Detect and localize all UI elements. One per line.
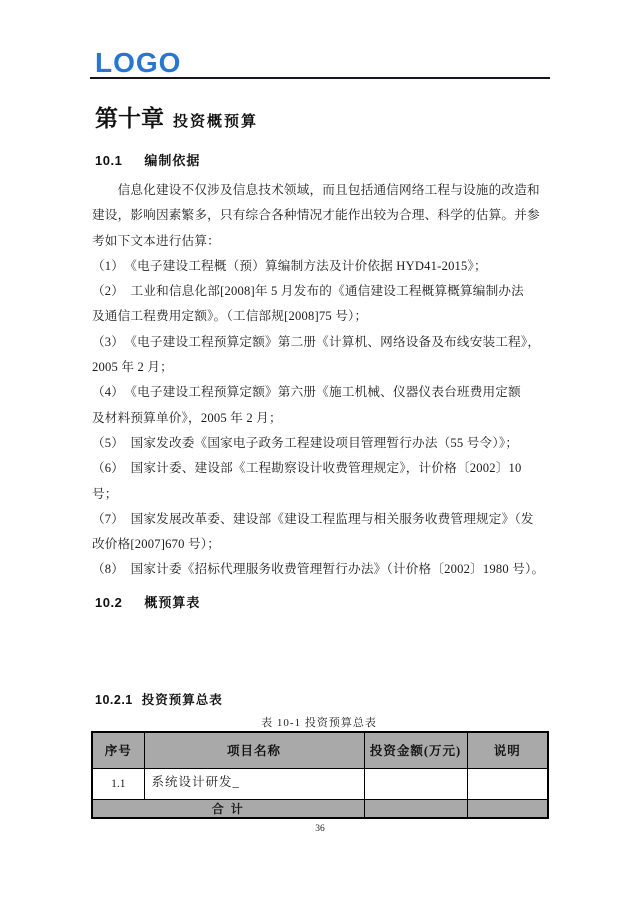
body-text-block: 信息化建设不仅涉及信息技术领域，而且包括通信网络工程与设施的改造和 建设，影响因… — [92, 178, 562, 583]
body-line: 考如下文本进行估算： — [92, 229, 562, 254]
section-heading-10-1: 10.1 编制依据 — [95, 150, 200, 169]
page-number: 36 — [0, 824, 640, 834]
total-note-cell — [467, 799, 548, 818]
section-title: 投资预算总表 — [142, 690, 223, 708]
cell-project-name: 系统设计研发_ — [144, 768, 364, 799]
chapter-title: 投资概预算 — [173, 110, 258, 131]
total-amount-cell — [364, 799, 467, 818]
chapter-heading: 第十章 投资概预算 — [95, 100, 258, 133]
cell-note — [467, 768, 548, 799]
body-line: 信息化建设不仅涉及信息技术领域，而且包括通信网络工程与设施的改造和 — [92, 178, 562, 203]
section-number: 10.2 — [95, 595, 122, 610]
body-line: （8） 国家计委《招标代理服务收费管理暂行办法》（计价格〔2002〕1980 号… — [92, 557, 562, 582]
section-title: 编制依据 — [144, 150, 200, 169]
col-header-amount: 投资金额(万元) — [364, 732, 467, 768]
section-title: 概预算表 — [144, 592, 200, 611]
body-line: 建设，影响因素繁多，只有综合各种情况才能作出较为合理、科学的估算。并参 — [92, 203, 562, 228]
chapter-number: 第十章 — [95, 100, 164, 133]
col-header-note: 说明 — [467, 732, 548, 768]
budget-table: 序号 项目名称 投资金额(万元) 说明 1.1 系统设计研发_ 合 计 — [91, 731, 549, 819]
body-line: 号； — [92, 482, 562, 507]
body-line: （7） 国家发展改革委、建设部《建设工程监理与相关服务收费管理规定》（发 — [92, 507, 562, 532]
cell-seq: 1.1 — [92, 768, 144, 799]
col-header-seq: 序号 — [92, 732, 144, 768]
table-caption: 表 10-1 投资预算总表 — [91, 714, 547, 730]
header-divider — [90, 77, 550, 79]
body-line: （1） 《电子建设工程概（预）算编制方法及计价依据 HYD41-2015》； — [92, 254, 562, 279]
col-header-project-name: 项目名称 — [144, 732, 364, 768]
company-logo: LOGO — [95, 49, 181, 77]
body-line: 及材料预算单价》，2005 年 2 月； — [92, 406, 562, 431]
section-number: 10.2.1 — [95, 693, 133, 707]
body-line: （5） 国家发改委《国家电子政务工程建设项目管理暂行办法（55 号令）》； — [92, 431, 562, 456]
body-line: （2） 工业和信息化部[2008]年 5 月发布的《通信建设工程概算概算编制办法 — [92, 279, 562, 304]
section-heading-10-2-1: 10.2.1 投资预算总表 — [95, 690, 223, 708]
body-line: （3） 《电子建设工程预算定额》第二册《计算机、网络设备及布线安装工程》， — [92, 330, 562, 355]
document-page: LOGO 第十章 投资概预算 10.1 编制依据 信息化建设不仅涉及信息技术领域… — [0, 0, 640, 906]
body-line: （6） 国家计委、建设部《工程勘察设计收费管理规定》，计价格〔2002〕10 — [92, 456, 562, 481]
table-row: 1.1 系统设计研发_ — [92, 768, 548, 799]
body-line: 2005 年 2 月； — [92, 355, 562, 380]
cell-amount — [364, 768, 467, 799]
total-label-cell: 合 计 — [92, 799, 364, 818]
section-heading-10-2: 10.2 概预算表 — [95, 592, 200, 611]
table-header-row: 序号 项目名称 投资金额(万元) 说明 — [92, 732, 548, 768]
body-line: 及通信工程费用定额》。（工信部规[2008]75 号）； — [92, 304, 562, 329]
table-total-row: 合 计 — [92, 799, 548, 818]
body-line: （4） 《电子建设工程预算定额》第六册《施工机械、仪器仪表台班费用定额 — [92, 380, 562, 405]
section-number: 10.1 — [95, 153, 122, 168]
body-line: 改价格[2007]670 号）； — [92, 532, 562, 557]
